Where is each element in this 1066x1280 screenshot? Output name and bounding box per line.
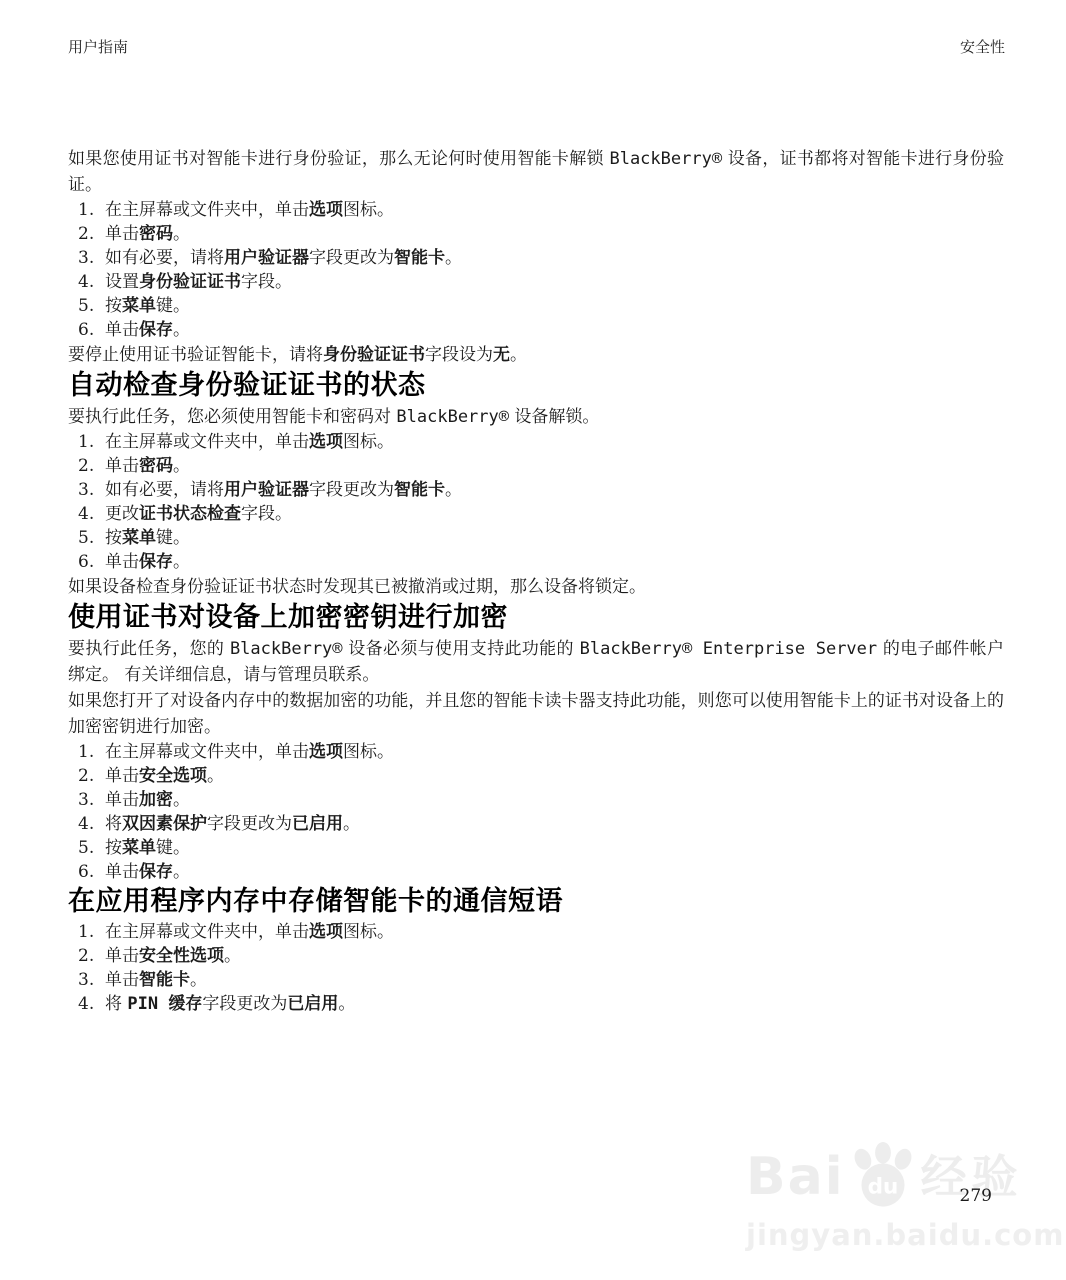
list-text: 单击保存。 xyxy=(105,550,1004,574)
list-item: 6.单击保存。 xyxy=(68,550,1004,574)
steps-list: 1.在主屏幕或文件夹中，单击选项图标。 2.单击密码。 3.如有必要，请将用户验… xyxy=(68,430,1004,574)
list-number: 5. xyxy=(68,836,105,860)
list-item: 1.在主屏幕或文件夹中，单击选项图标。 xyxy=(68,198,1004,222)
list-number: 1. xyxy=(68,198,105,222)
list-number: 4. xyxy=(68,502,105,526)
list-number: 6. xyxy=(68,550,105,574)
paragraph: 要停止使用证书验证智能卡，请将身份验证证书字段设为无。 xyxy=(68,342,1004,368)
list-text: 单击密码。 xyxy=(105,454,1004,478)
page-number: 279 xyxy=(960,1186,992,1206)
paragraph: 如果设备检查身份验证证书状态时发现其已被撤消或过期，那么设备将锁定。 xyxy=(68,574,1004,600)
paragraph: 要执行此任务，您必须使用智能卡和密码对 BlackBerry® 设备解锁。 xyxy=(68,404,1004,430)
paragraph: 如果您打开了对设备内存中的数据加密的功能，并且您的智能卡读卡器支持此功能，则您可… xyxy=(68,688,1004,740)
list-text: 如有必要，请将用户验证器字段更改为智能卡。 xyxy=(105,478,1004,502)
list-item: 2.单击密码。 xyxy=(68,222,1004,246)
list-item: 4.将双因素保护字段更改为已启用。 xyxy=(68,812,1004,836)
list-number: 2. xyxy=(68,454,105,478)
list-item: 4.将 PIN 缓存字段更改为已启用。 xyxy=(68,992,1004,1016)
paragraph: 如果您使用证书对智能卡进行身份验证，那么无论何时使用智能卡解锁 BlackBer… xyxy=(68,146,1004,198)
list-text: 按菜单键。 xyxy=(105,526,1004,550)
list-text: 单击保存。 xyxy=(105,860,1004,884)
list-item: 6.单击保存。 xyxy=(68,318,1004,342)
list-item: 5.按菜单键。 xyxy=(68,294,1004,318)
section-store-smartcard-passphrase: 在应用程序内存中存储智能卡的通信短语 1.在主屏幕或文件夹中，单击选项图标。 2… xyxy=(68,884,1004,1016)
list-number: 5. xyxy=(68,294,105,318)
list-item: 1.在主屏幕或文件夹中，单击选项图标。 xyxy=(68,920,1004,944)
list-number: 6. xyxy=(68,318,105,342)
baidu-paw-svg: du xyxy=(847,1142,919,1208)
list-item: 6.单击保存。 xyxy=(68,860,1004,884)
list-number: 4. xyxy=(68,812,105,836)
list-item: 4.设置身份验证证书字段。 xyxy=(68,270,1004,294)
section-smartcard-auth: 如果您使用证书对智能卡进行身份验证，那么无论何时使用智能卡解锁 BlackBer… xyxy=(68,146,1004,368)
list-number: 3. xyxy=(68,968,105,992)
list-number: 3. xyxy=(68,788,105,812)
list-number: 2. xyxy=(68,944,105,968)
list-text: 更改证书状态检查字段。 xyxy=(105,502,1004,526)
section-heading: 使用证书对设备上加密密钥进行加密 xyxy=(68,600,1004,636)
list-item: 3.单击加密。 xyxy=(68,788,1004,812)
steps-list: 1.在主屏幕或文件夹中，单击选项图标。 2.单击安全性选项。 3.单击智能卡。 … xyxy=(68,920,1004,1016)
list-number: 3. xyxy=(68,478,105,502)
section-heading: 自动检查身份验证证书的状态 xyxy=(68,368,1004,404)
watermark-bai-text: Bai xyxy=(746,1147,845,1207)
list-text: 如有必要，请将用户验证器字段更改为智能卡。 xyxy=(105,246,1004,270)
list-text: 单击保存。 xyxy=(105,318,1004,342)
list-text: 单击加密。 xyxy=(105,788,1004,812)
list-text: 单击智能卡。 xyxy=(105,968,1004,992)
steps-list: 1.在主屏幕或文件夹中，单击选项图标。 2.单击安全选项。 3.单击加密。 4.… xyxy=(68,740,1004,884)
list-item: 2.单击密码。 xyxy=(68,454,1004,478)
list-text: 单击密码。 xyxy=(105,222,1004,246)
page-header: 用户指南 安全性 xyxy=(68,36,1005,57)
list-text: 在主屏幕或文件夹中，单击选项图标。 xyxy=(105,920,1004,944)
watermark-logo-row: Bai du 经验 xyxy=(746,1142,1064,1212)
list-number: 4. xyxy=(68,992,105,1016)
list-item: 2.单击安全选项。 xyxy=(68,764,1004,788)
paragraph: 要执行此任务，您的 BlackBerry® 设备必须与使用支持此功能的 Blac… xyxy=(68,636,1004,688)
list-number: 6. xyxy=(68,860,105,884)
list-number: 1. xyxy=(68,920,105,944)
list-text: 在主屏幕或文件夹中，单击选项图标。 xyxy=(105,430,1004,454)
list-item: 3.如有必要，请将用户验证器字段更改为智能卡。 xyxy=(68,246,1004,270)
steps-list: 1.在主屏幕或文件夹中，单击选项图标。 2.单击密码。 3.如有必要，请将用户验… xyxy=(68,198,1004,342)
list-text: 将 PIN 缓存字段更改为已启用。 xyxy=(105,992,1004,1016)
list-text: 将双因素保护字段更改为已启用。 xyxy=(105,812,1004,836)
list-text: 在主屏幕或文件夹中，单击选项图标。 xyxy=(105,198,1004,222)
header-left-label: 用户指南 xyxy=(68,36,128,57)
list-number: 3. xyxy=(68,246,105,270)
section-auto-check-cert-status: 自动检查身份验证证书的状态 要执行此任务，您必须使用智能卡和密码对 BlackB… xyxy=(68,368,1004,600)
list-text: 按菜单键。 xyxy=(105,836,1004,860)
list-item: 3.单击智能卡。 xyxy=(68,968,1004,992)
section-heading: 在应用程序内存中存储智能卡的通信短语 xyxy=(68,884,1004,920)
list-text: 单击安全性选项。 xyxy=(105,944,1004,968)
list-number: 4. xyxy=(68,270,105,294)
list-text: 设置身份验证证书字段。 xyxy=(105,270,1004,294)
baidu-watermark: Bai du 经验 jingyan.baidu.com xyxy=(746,1142,1064,1252)
list-text: 按菜单键。 xyxy=(105,294,1004,318)
list-item: 1.在主屏幕或文件夹中，单击选项图标。 xyxy=(68,740,1004,764)
list-item: 5.按菜单键。 xyxy=(68,526,1004,550)
watermark-url: jingyan.baidu.com xyxy=(746,1218,1064,1252)
list-number: 5. xyxy=(68,526,105,550)
list-text: 单击安全选项。 xyxy=(105,764,1004,788)
list-number: 1. xyxy=(68,430,105,454)
list-number: 2. xyxy=(68,222,105,246)
list-item: 2.单击安全性选项。 xyxy=(68,944,1004,968)
list-number: 2. xyxy=(68,764,105,788)
list-number: 1. xyxy=(68,740,105,764)
document-body: 如果您使用证书对智能卡进行身份验证，那么无论何时使用智能卡解锁 BlackBer… xyxy=(68,146,1004,1016)
header-right-label: 安全性 xyxy=(960,36,1005,57)
list-item: 1.在主屏幕或文件夹中，单击选项图标。 xyxy=(68,430,1004,454)
section-encrypt-keys-with-cert: 使用证书对设备上加密密钥进行加密 要执行此任务，您的 BlackBerry® 设… xyxy=(68,600,1004,884)
list-item: 3.如有必要，请将用户验证器字段更改为智能卡。 xyxy=(68,478,1004,502)
list-item: 5.按菜单键。 xyxy=(68,836,1004,860)
list-text: 在主屏幕或文件夹中，单击选项图标。 xyxy=(105,740,1004,764)
baidu-paw-icon: du xyxy=(847,1142,919,1212)
list-item: 4.更改证书状态检查字段。 xyxy=(68,502,1004,526)
watermark-du-text: du xyxy=(867,1175,898,1200)
